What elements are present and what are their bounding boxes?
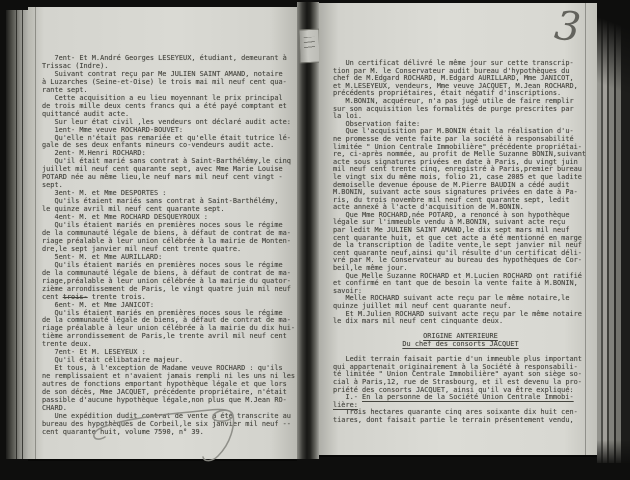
right-page-text: Un certificat délivré le même jour sur c… [333,60,588,425]
binding-gutter [297,2,319,459]
page-edge-line [16,10,17,459]
text-line: POTARD née au même lieu,le neuf mars mil… [42,174,300,182]
right-page: Un certificat délivré le même jour sur c… [319,3,597,455]
text-line: Du chef des consorts JACQUET [333,341,588,349]
handwritten-page-number: 3 [543,0,591,54]
text-line: sur son acquisition les formalités de pu… [333,106,588,114]
left-page-edge [6,10,28,459]
text-line: I.- En la personne de la Société Union C… [333,394,588,402]
document-scan: 7ent- Et M.André Georges LESEYEUX, étudi… [0,0,630,480]
signature-flourish [85,393,275,465]
svg-text:3: 3 [552,3,583,52]
text-line: le dix mars mil neuf cent cinquante deux… [333,318,588,326]
text-line: tiares, dont faisait partie le terrain p… [333,417,588,425]
text-line: et confirmé en tant que de besoin la ven… [333,280,588,288]
page-edge-line [22,10,23,459]
binding-tab [298,29,320,64]
left-page: 7ent- Et M.André Georges LESEYEUX, étudi… [28,7,297,459]
left-page-text: 7ent- Et M.André Georges LESEYEUX, étudi… [42,55,300,437]
page-stack-edge [597,0,630,463]
left-margin-rule [35,7,36,459]
